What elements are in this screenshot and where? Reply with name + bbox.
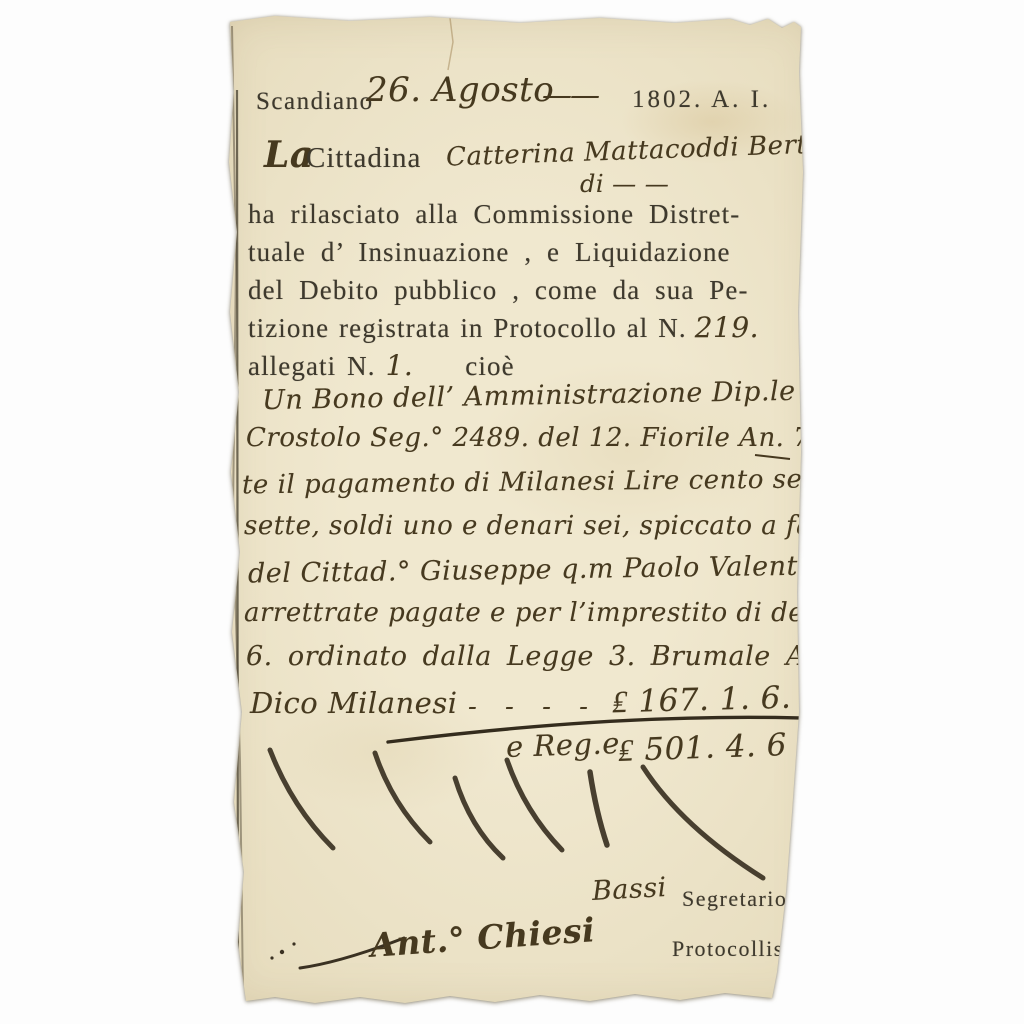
year-printed: 1802. A. I. [632,86,771,114]
secretary-title: Segretario . [682,886,801,912]
name-handwritten-line1: Catterina Mattacoddi Berto [446,129,824,172]
cancellation-stroke-3 [455,778,503,858]
salutation-printed: Cittadina [306,142,421,175]
secretary-signature: Bassi [591,872,667,907]
reggio-label: e Reg.e [505,726,620,764]
allegati-number-handwritten: 1. [386,349,414,382]
paper-surface: Scandiano 26. Agosto —— 1802. A. I. La C… [220,12,820,1009]
cancellation-stroke-5 [590,772,607,845]
paragraph-line-5-prefix: allegati N. [248,351,376,381]
ink-dot-1 [280,950,284,954]
hand-line-7: 6. ordinato dalla Legge 3. Brumale An 7.… [246,641,880,672]
place-printed: Scandiano [256,88,374,116]
paragraph-line-2: tuale d’ Insinuazione , e Liquidazione [248,233,731,271]
total-dashes: - - - - [468,692,598,722]
scan-background: Scandiano 26. Agosto —— 1802. A. I. La C… [0,0,1024,1024]
paragraph-line-5: allegati N.1.cioè [248,347,515,385]
cancellation-stroke-6 [643,767,763,878]
protocol-number-handwritten: 219. [695,311,759,344]
hand-line-5: del Cittad.° Giuseppe q.m Paolo Valentin… [248,550,891,590]
cancellation-stroke-1 [270,750,333,848]
paper-crack [448,18,453,70]
protocollist-signature: Ant.° Chiesi [369,910,596,965]
hand-line-6: arrettrate pagate e per l’imprestito di … [244,598,859,628]
ink-dot-2 [292,942,295,945]
paragraph-line-1: ha rilasciato alla Commissione Distret- [248,195,740,233]
hand-line-3: te il pagamento di Milanesi Lire cento s… [242,464,891,501]
date-handwritten: 26. Agosto [366,70,554,110]
name-handwritten-line2: di — — [580,170,669,198]
total-label: Dico Milanesi [250,686,457,720]
date-dash: —— [542,78,598,113]
protocollist-title: Protocollista . [672,936,817,962]
cancellation-stroke-2 [375,753,430,842]
paragraph-line-3: del Debito pubblico , come da sua Pe- [248,271,749,309]
cancellation-stroke-4 [507,760,562,850]
cioe-printed: cioè [465,351,514,381]
hand-line-4: sette, soldi uno e denari sei, spiccato … [244,511,872,541]
total-amount-milanesi: ₤ 167. 1. 6. [612,680,792,721]
reggio-amount: ₤ 501. 4. 6 [617,727,787,769]
paragraph-line-4-prefix: tizione registrata in Protocollo al N. [248,313,687,343]
hand-line-2: Crostolo Seg.° 2489. del 12. Fiorile An.… [246,423,941,453]
left-margin-rule [237,90,238,995]
paragraph-line-4: tizione registrata in Protocollo al N.21… [248,309,759,347]
ink-dot-3 [270,956,273,959]
left-edge-shadow-line [232,26,243,997]
hyphen-underline [755,455,790,459]
paper-sheet: Scandiano 26. Agosto —— 1802. A. I. La C… [220,12,820,1009]
